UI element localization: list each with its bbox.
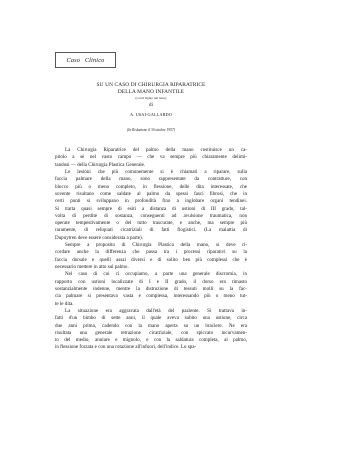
article-title-line-1: SU UN CASO DI CHIRURGIA RIPARATRICE: [55, 82, 247, 89]
article-subtitle: (con 6 figure nel testo): [55, 96, 247, 101]
body-line: certi punti si sviluppano in profondità …: [55, 198, 247, 205]
body-line: fatti d'un bimbo di sette anni, il quale…: [55, 315, 247, 322]
body-paragraph: La Chirurgia Riparatrice del palmo della…: [55, 147, 247, 169]
body-line: blocco più o meno completo, in flessione…: [55, 184, 247, 191]
body-line: faccia dorsale e quelli assai diversi e …: [55, 257, 247, 264]
article-title-line-2: DELLA MANO INFANTILE: [55, 89, 247, 96]
body-line: cordare anche la differenza che passa tr…: [55, 249, 247, 256]
body-line: Nel caso di cui ci occupiamo, a parte un…: [55, 271, 247, 278]
body-line: La Chirurgia Riparatrice del palmo della…: [55, 147, 247, 154]
body-line: faccia palmare della mano, sono rapprese…: [55, 176, 247, 183]
body-line: te le dita.: [55, 301, 247, 308]
body-line: rapporto con ustioni localizzate di I e …: [55, 279, 247, 286]
body-line: necessario mettere in atto sul palmo.: [55, 264, 247, 271]
section-label-box: Caso Clinico: [55, 52, 116, 68]
body-line: Dupuytren deve essere considerata a part…: [55, 235, 247, 242]
article-header: SU UN CASO DI CHIRURGIA RIPARATRICE DELL…: [55, 82, 247, 133]
body-paragraph: Sempre a proposito di Chirurgia Plastica…: [55, 242, 247, 271]
body-line: due anni prima, cadendo con la mano aper…: [55, 323, 247, 330]
body-line: risultata una generale retrazione cicatr…: [55, 330, 247, 337]
body-line: cia palmare si presentava vasta e comple…: [55, 293, 247, 300]
body-line: pitolo a sè nel vasto campo — che va sem…: [55, 154, 247, 161]
body-line: Si tratta quasi sempre di esiti a distan…: [55, 206, 247, 213]
body-line: in flessione forzata e con una rotazione…: [55, 344, 247, 351]
body-paragraph: La situazione era aggravata dall'età del…: [55, 308, 247, 352]
section-label: Caso Clinico: [67, 57, 105, 64]
article-body: La Chirurgia Riparatrice del palmo della…: [55, 147, 247, 352]
article-author: A. USAI-GALLARDO: [55, 112, 247, 118]
body-line: sostanzialmente indenne, mentre la distr…: [55, 286, 247, 293]
body-paragraph: Nel caso di cui ci occupiamo, a parte un…: [55, 271, 247, 308]
byline-di: di: [55, 103, 247, 109]
received-date: (In Redazione il 30 ottobre 1957): [55, 128, 247, 133]
body-paragraph: Le lesioni che più comunemente si è chia…: [55, 169, 247, 242]
body-line: raramente, di reliquati cicatriziali di …: [55, 227, 247, 234]
body-line: volta di perdite di sostanza, conseguent…: [55, 213, 247, 220]
body-line: tandosi — della Chirurgia Plastica Gener…: [55, 162, 247, 169]
